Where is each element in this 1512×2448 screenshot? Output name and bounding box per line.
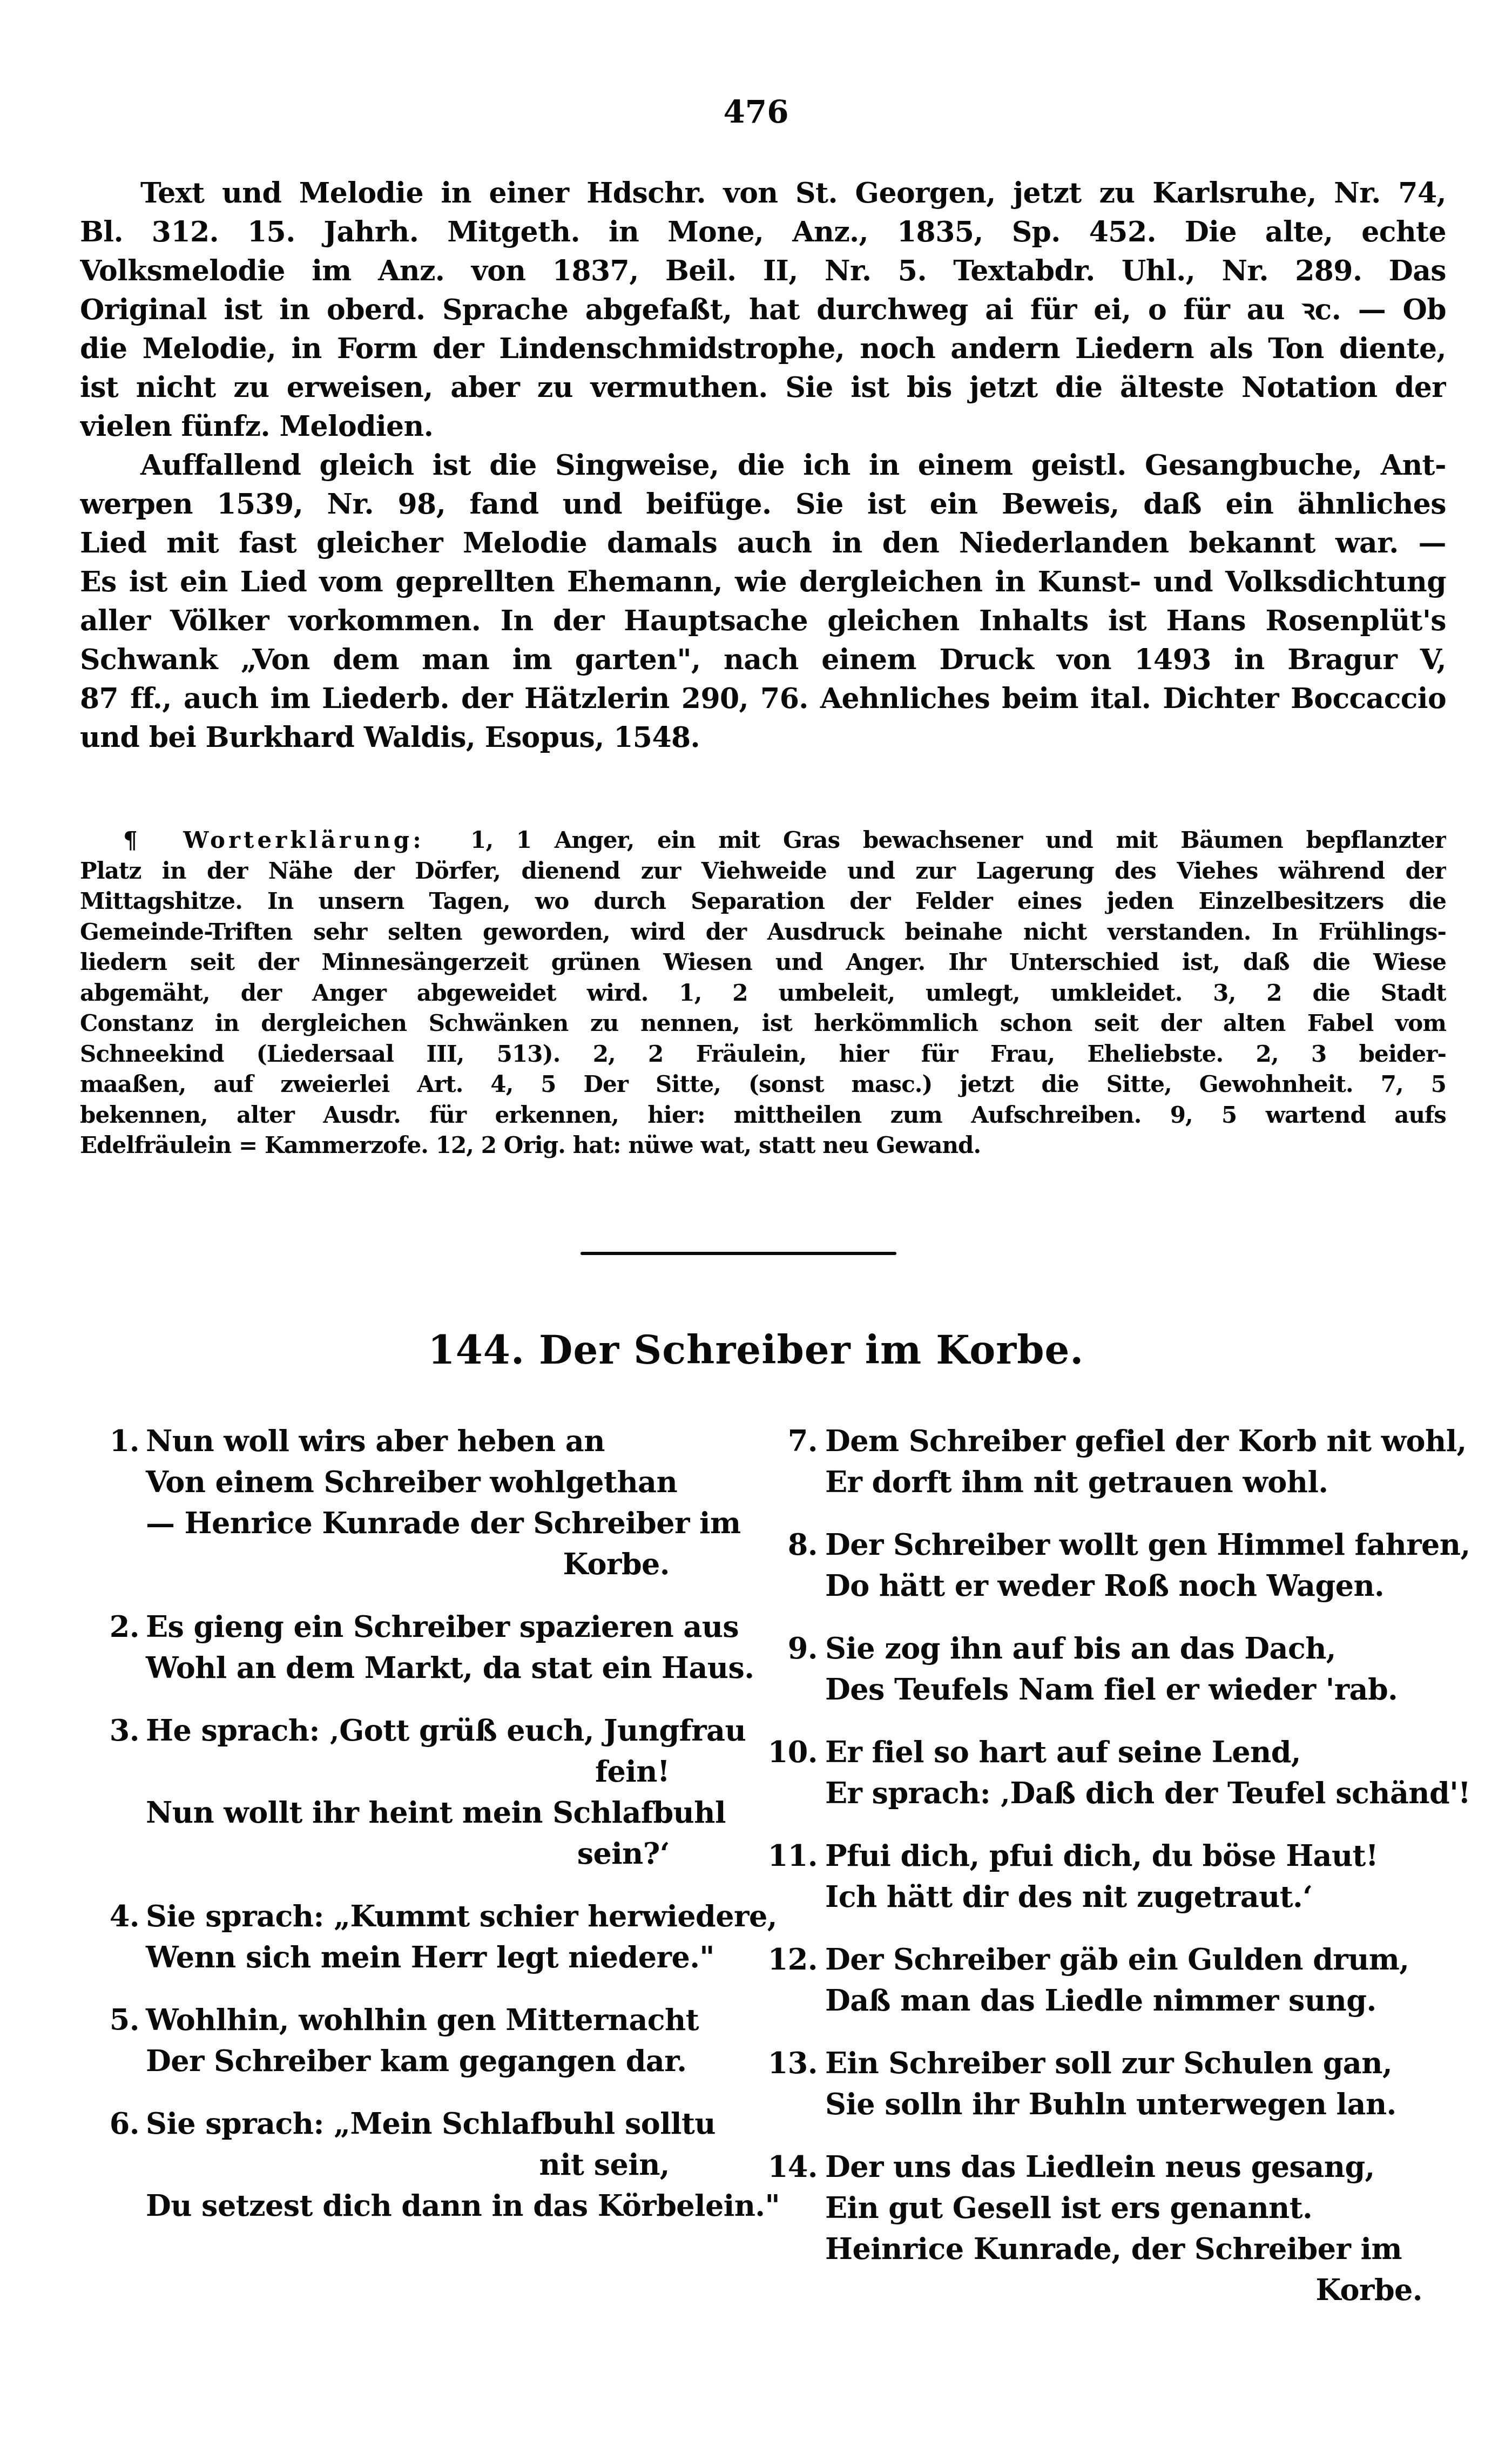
verse-line: Dem Schreiber gefiel der Korb nit wohl, xyxy=(773,1420,1422,1461)
verse-line: Sie solln ihr Buhln unterwegen lan. xyxy=(773,2083,1422,2125)
verse: 3. He sprach: ‚Gott grüß euch, Jungfrau … xyxy=(103,1710,670,1874)
footnote-line: Constanz in dergleichen Schwänken zu nen… xyxy=(80,1008,1446,1039)
verse: 11. Pfui dich, pfui dich, du böse Haut! … xyxy=(773,1835,1422,1917)
verse-line: Du setzest dich dann in das Körbelein." xyxy=(103,2185,670,2226)
verse-number: 6. xyxy=(103,2103,139,2144)
verse: 2. Es gieng ein Schreiber spazieren aus … xyxy=(103,1606,670,1688)
verse-line: Der Schreiber kam gegangen dar. xyxy=(103,2040,670,2081)
verse-line: Wenn sich mein Herr legt niedere." xyxy=(103,1937,670,1978)
verse-line: Sie zog ihn auf bis an das Dach, xyxy=(773,1628,1422,1669)
verse-line-continuation: sein?‘ xyxy=(103,1833,670,1874)
verse-number: 8. xyxy=(767,1524,818,1565)
verse: 13. Ein Schreiber soll zur Schulen gan, … xyxy=(773,2042,1422,2125)
verse: 8. Der Schreiber wollt gen Himmel fahren… xyxy=(773,1524,1422,1606)
verse-number: 3. xyxy=(103,1710,139,1751)
text-line: werpen 1539, Nr. 98, fand und beifüge. S… xyxy=(80,485,1446,524)
verse-line: Der uns das Liedlein neus gesang, xyxy=(773,2146,1422,2187)
verse-line: Pfui dich, pfui dich, du böse Haut! xyxy=(773,1835,1422,1876)
text-line: Text und Melodie in einer Hdschr. von St… xyxy=(80,174,1446,213)
verses-right-column: 7. Dem Schreiber gefiel der Korb nit woh… xyxy=(773,1420,1422,2332)
verse: 9. Sie zog ihn auf bis an das Dach, Des … xyxy=(773,1628,1422,1710)
footnote-line: Edelfräulein = Kammerzofe. 12, 2 Orig. h… xyxy=(80,1130,1446,1161)
footnote-line: Gemeinde-Triften sehr selten geworden, w… xyxy=(80,917,1446,948)
verse-line: Es gieng ein Schreiber spazieren aus xyxy=(103,1606,670,1647)
verse-number: 10. xyxy=(767,1731,818,1772)
verse-number: 7. xyxy=(767,1420,818,1461)
verse: 6. Sie sprach: „Mein Schlafbuhl solltu n… xyxy=(103,2103,670,2226)
footnote-line: abgemäht, der Anger abgeweidet wird. 1, … xyxy=(80,978,1446,1009)
verse-line: Der Schreiber gäb ein Gulden drum, xyxy=(773,1939,1422,1980)
verse-line: Ein gut Gesell ist ers genannt. xyxy=(773,2187,1422,2228)
verse-number: 13. xyxy=(767,2042,818,2083)
verse: 4. Sie sprach: „Kummt schier herwiedere,… xyxy=(103,1896,670,1978)
verse-line: Nun wollt ihr heint mein Schlafbuhl xyxy=(103,1792,670,1833)
footnote-heading: Worterklärung: xyxy=(183,827,424,853)
verse-line: Heinrice Kunrade, der Schreiber im xyxy=(773,2228,1422,2269)
verse-line: Nun woll wirs aber heben an xyxy=(103,1420,670,1461)
text-line: und bei Burkhard Waldis, Esopus, 1548. xyxy=(80,718,1446,757)
verse-line: Sie sprach: „Kummt schier herwiedere, xyxy=(103,1896,670,1937)
footnote-line: Mittagshitze. In unsern Tagen, wo durch … xyxy=(80,886,1446,917)
pilcrow-icon: ¶ xyxy=(123,827,137,853)
footnote-line-text: 1, 1 Anger, ein mit Gras bewachsener und… xyxy=(470,827,1446,853)
text-line: Lied mit fast gleicher Melodie damals au… xyxy=(80,524,1446,563)
verse: 7. Dem Schreiber gefiel der Korb nit woh… xyxy=(773,1420,1422,1502)
footnote-line: Platz in der Nähe der Dörfer, dienend zu… xyxy=(80,856,1446,887)
verse-line: Daß man das Liedle nimmer sung. xyxy=(773,1980,1422,2021)
verse-number: 14. xyxy=(767,2146,818,2187)
verse-number: 9. xyxy=(767,1628,818,1669)
verse-number: 1. xyxy=(103,1420,139,1461)
commentary-paragraph-2: Auffallend gleich ist die Singweise, die… xyxy=(80,446,1446,757)
commentary-paragraphs: Text und Melodie in einer Hdschr. von St… xyxy=(80,174,1446,757)
verse-line: Wohlhin, wohlhin gen Mitternacht xyxy=(103,1999,670,2040)
text-line: 87 ff., auch im Liederb. der Hätzlerin 2… xyxy=(80,679,1446,718)
verse: 10. Er fiel so hart auf seine Lend, Er s… xyxy=(773,1731,1422,1813)
text-line: aller Völker vorkommen. In der Hauptsach… xyxy=(80,602,1446,640)
footnote-word-glossary: ¶ Worterklärung: 1, 1 Anger, ein mit Gra… xyxy=(80,825,1446,1161)
verse-line: Ein Schreiber soll zur Schulen gan, xyxy=(773,2042,1422,2083)
text-line: die Melodie, in Form der Lindenschmidstr… xyxy=(80,329,1446,368)
verse-line: Er dorft ihm nit getrauen wohl. xyxy=(773,1461,1422,1502)
verse-line: Von einem Schreiber wohlgethan xyxy=(103,1461,670,1502)
verse-number: 2. xyxy=(103,1606,139,1647)
verse-line: Sie sprach: „Mein Schlafbuhl solltu xyxy=(103,2103,670,2144)
text-line: Original ist in oberd. Sprache abgefaßt,… xyxy=(80,291,1446,329)
text-line: Es ist ein Lied vom geprellten Ehemann, … xyxy=(80,563,1446,602)
verse: 5. Wohlhin, wohlhin gen Mitternacht Der … xyxy=(103,1999,670,2081)
verse-line: — Henrice Kunrade der Schreiber im xyxy=(103,1502,670,1543)
text-line: Bl. 312. 15. Jahrh. Mitgeth. in Mone, An… xyxy=(80,213,1446,252)
footnote-line: Schneekind (Liedersaal III, 513). 2, 2 F… xyxy=(80,1039,1446,1070)
text-line: Volksmelodie im Anz. von 1837, Beil. II,… xyxy=(80,252,1446,291)
verse-number: 11. xyxy=(767,1835,818,1876)
section-divider xyxy=(580,1252,896,1255)
commentary-paragraph-1: Text und Melodie in einer Hdschr. von St… xyxy=(80,174,1446,446)
verse-line-continuation: nit sein, xyxy=(103,2144,670,2185)
verse: 1. Nun woll wirs aber heben an Von einem… xyxy=(103,1420,670,1584)
footnote-line: maaßen, auf zweierlei Art. 4, 5 Der Sitt… xyxy=(80,1069,1446,1100)
footnote-line: bekennen, alter Ausdr. für erkennen, hie… xyxy=(80,1100,1446,1131)
text-line: Schwank „Von dem man im garten", nach ei… xyxy=(80,640,1446,679)
footnote-line: liedern seit der Minnesängerzeit grünen … xyxy=(80,947,1446,978)
verse: 12. Der Schreiber gäb ein Gulden drum, D… xyxy=(773,1939,1422,2021)
song-title: Der Schreiber im Korbe. xyxy=(539,1327,1084,1373)
verse-line-continuation: fein! xyxy=(103,1751,670,1792)
text-line: Auffallend gleich ist die Singweise, die… xyxy=(80,446,1446,485)
verse-line: Ich hätt dir des nit zugetraut.‘ xyxy=(773,1876,1422,1917)
song-number: 144. xyxy=(428,1327,525,1373)
verse-line: Er fiel so hart auf seine Lend, xyxy=(773,1731,1422,1772)
verse-line: Do hätt er weder Roß noch Wagen. xyxy=(773,1565,1422,1606)
verse-line: Wohl an dem Markt, da stat ein Haus. xyxy=(103,1647,670,1688)
verse-number: 5. xyxy=(103,1999,139,2040)
verse-line-continuation: Korbe. xyxy=(103,1543,670,1584)
verse-line: Er sprach: ‚Daß dich der Teufel schänd'! xyxy=(773,1772,1422,1813)
verses-left-column: 1. Nun woll wirs aber heben an Von einem… xyxy=(103,1420,670,2248)
text-line: vielen fünfz. Melodien. xyxy=(80,407,1446,446)
footnote-line: ¶ Worterklärung: 1, 1 Anger, ein mit Gra… xyxy=(80,825,1446,856)
verse-line: He sprach: ‚Gott grüß euch, Jungfrau xyxy=(103,1710,670,1751)
text-line: ist nicht zu erweisen, aber zu vermuthen… xyxy=(80,368,1446,407)
verse-line: Der Schreiber wollt gen Himmel fahren, xyxy=(773,1524,1422,1565)
verse: 14. Der uns das Liedlein neus gesang, Ei… xyxy=(773,2146,1422,2310)
verse-line-continuation: Korbe. xyxy=(773,2269,1422,2310)
page-number: 476 xyxy=(0,93,1512,131)
verse-number: 4. xyxy=(103,1896,139,1937)
song-heading: 144.Der Schreiber im Korbe. xyxy=(0,1326,1512,1374)
verse-number: 12. xyxy=(767,1939,818,1980)
verse-line: Des Teufels Nam fiel er wieder 'rab. xyxy=(773,1669,1422,1710)
